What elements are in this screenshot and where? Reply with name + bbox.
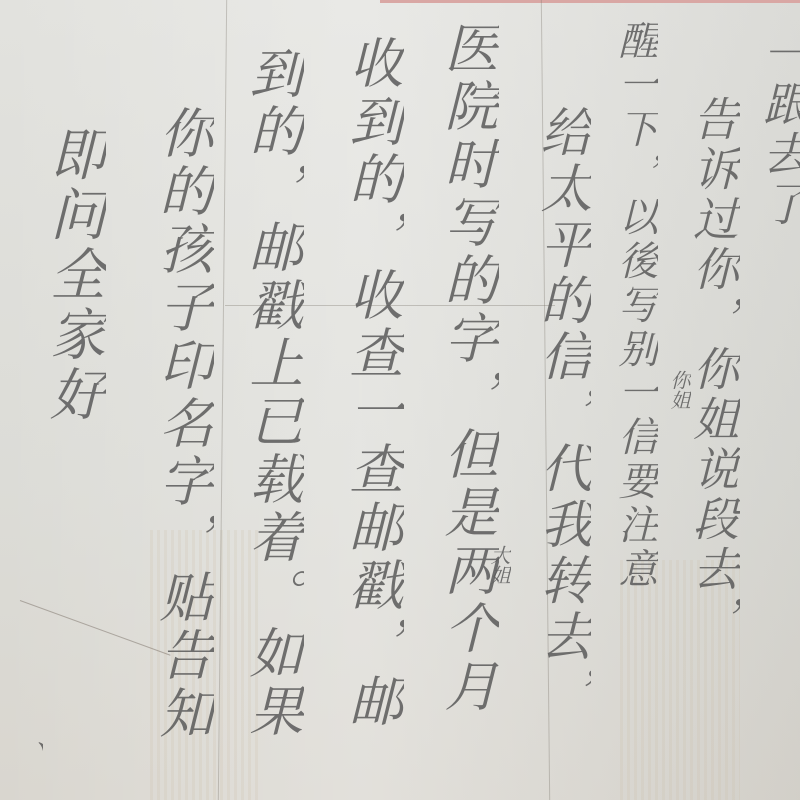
letter-column-5: 医院时写的字，但是两个月 bbox=[440, 20, 494, 716]
paper-top-edge bbox=[380, 0, 800, 3]
letter-column-2: 告诉过你，你姐说段去， bbox=[690, 95, 736, 645]
letter-column-6: 收到的，收查一查邮戳，邮 bbox=[345, 35, 399, 731]
letter-column-1: 一跟去了 bbox=[760, 30, 800, 230]
letter-column-4: 给太平的信，代我转去， bbox=[535, 105, 587, 721]
margin-annotation: 大姐 bbox=[485, 545, 514, 585]
letter-column-7: 到的，邮戳上已载着。如果 bbox=[245, 45, 299, 741]
letter-column-8: 你的孩子印名字，贴告知 bbox=[155, 105, 209, 743]
edge-fragment: 、 bbox=[0, 740, 40, 784]
margin-annotation: 你姐 bbox=[665, 370, 694, 410]
letter-column-9: 即问全家好 bbox=[45, 125, 101, 425]
letter-column-3: 醒一下，以後写别一信要注意 bbox=[615, 20, 655, 592]
